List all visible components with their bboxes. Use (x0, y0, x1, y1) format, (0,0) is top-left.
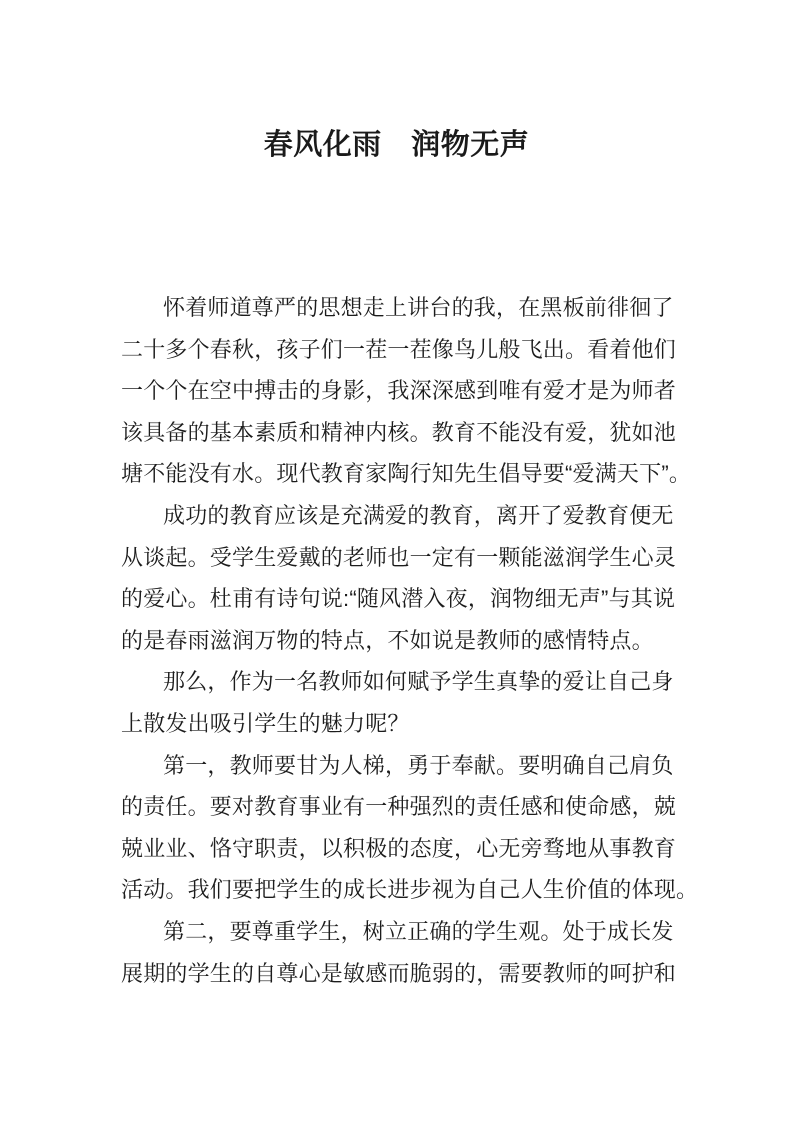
paragraph: 第一，教师要甘为人梯，勇于奉献。要明确自己肩负的责任。要对教育事业有一种强烈的责… (121, 745, 679, 911)
text-line: 兢业业、恪守职责，以积极的态度，心无旁骛地从事教育 (121, 828, 679, 870)
text-line: 活动。我们要把学生的成长进步视为自己人生价值的体现。 (121, 869, 679, 911)
text-line: 怀着师道尊严的思想走上讲台的我，在黑板前徘徊了 (121, 287, 679, 329)
text-line: 一个个在空中搏击的身影，我深深感到唯有爱才是为师者 (121, 370, 679, 412)
text-line: 的爱心。杜甫有诗句说:“随风潜入夜，润物细无声”与其说 (121, 578, 679, 620)
text-line: 从谈起。受学生爱戴的老师也一定有一颗能滋润学生心灵 (121, 537, 679, 579)
text-line: 的是春雨滋润万物的特点，不如说是教师的感情特点。 (121, 620, 679, 662)
text-line: 塘不能没有水。现代教育家陶行知先生倡导要“爱满天下”。 (121, 453, 679, 495)
paragraph: 第二，要尊重学生，树立正确的学生观。处于成长发展期的学生的自尊心是敏感而脆弱的，… (121, 911, 679, 994)
text-line: 第一，教师要甘为人梯，勇于奉献。要明确自己肩负 (121, 745, 679, 787)
text-line: 成功的教育应该是充满爱的教育，离开了爱教育便无 (121, 495, 679, 537)
paragraph: 那么，作为一名教师如何赋予学生真挚的爱让自己身上散发出吸引学生的魅力呢？ (121, 661, 679, 744)
document-title: 春风化雨 润物无声 (0, 125, 793, 165)
text-line: 展期的学生的自尊心是敏感而脆弱的，需要教师的呵护和 (121, 953, 679, 995)
text-line: 上散发出吸引学生的魅力呢？ (121, 703, 679, 745)
paragraph: 成功的教育应该是充满爱的教育，离开了爱教育便无从谈起。受学生爱戴的老师也一定有一… (121, 495, 679, 661)
text-line: 第二，要尊重学生，树立正确的学生观。处于成长发 (121, 911, 679, 953)
paragraph: 怀着师道尊严的思想走上讲台的我，在黑板前徘徊了二十多个春秋，孩子们一茬一茬像鸟儿… (121, 287, 679, 495)
text-line: 该具备的基本素质和精神内核。教育不能没有爱，犹如池 (121, 412, 679, 454)
text-line: 的责任。要对教育事业有一种强烈的责任感和使命感，兢 (121, 786, 679, 828)
text-line: 那么，作为一名教师如何赋予学生真挚的爱让自己身 (121, 661, 679, 703)
text-line: 二十多个春秋，孩子们一茬一茬像鸟儿般飞出。看着他们 (121, 329, 679, 371)
document-page: 春风化雨 润物无声 怀着师道尊严的思想走上讲台的我，在黑板前徘徊了二十多个春秋，… (0, 0, 793, 1122)
document-body: 怀着师道尊严的思想走上讲台的我，在黑板前徘徊了二十多个春秋，孩子们一茬一茬像鸟儿… (121, 287, 679, 994)
